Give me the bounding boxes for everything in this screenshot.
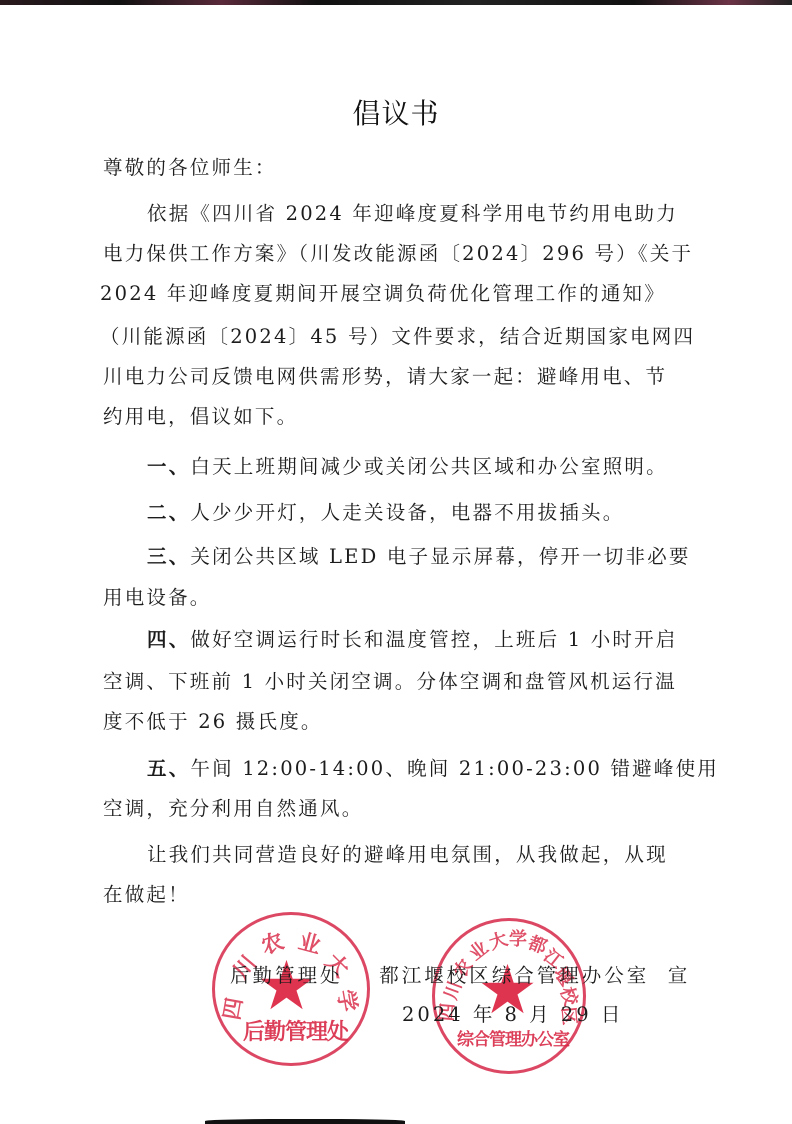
- intro-line-2: 电力保供工作方案》（川发改能源函〔2024〕296 号）《关于: [103, 238, 693, 266]
- item-3: 三、关闭公共区域 LED 电子显示屏幕，停开一切非必要: [147, 541, 691, 569]
- stamp-1-bottom-text: 后勤管理处: [243, 1015, 348, 1046]
- stamp-2-bottom-text: 综合管理办公室: [457, 1025, 569, 1050]
- item-4-text-1: 做好空调运行时长和温度管控，上班后 1 小时开启: [190, 628, 677, 651]
- signature-date: 2024 年 8 月 29 日: [402, 999, 623, 1027]
- item-4-text-3: 度不低于 26 摄氏度。: [103, 706, 323, 734]
- item-1-number: 一、: [147, 455, 190, 478]
- item-5-number: 五、: [147, 757, 190, 780]
- item-5-text-2: 空调，充分利用自然通风。: [103, 793, 363, 821]
- item-4-text-2: 空调、下班前 1 小时关闭空调。分体空调和盘管风机运行温: [103, 666, 677, 694]
- intro-line-6: 约用电，倡议如下。: [103, 401, 298, 429]
- document-title: 倡议书: [0, 92, 792, 132]
- intro-line-3: 2024 年迎峰度夏期间开展空调负荷优化管理工作的通知》: [100, 278, 666, 306]
- item-2-number: 二、: [147, 501, 190, 524]
- intro-line-4: （川能源函〔2024〕45 号）文件要求，结合近期国家电网四: [100, 321, 695, 349]
- signature-issuers: 后勤管理处 都江堰校区综合管理办公室 宣: [230, 960, 690, 988]
- item-5-text-1: 午间 12:00-14:00、晚间 21:00-23:00 错避峰使用: [190, 757, 719, 780]
- stamp-logistics-office: 四 川 农 业 大 学 ★ 后勤管理处: [212, 912, 370, 1066]
- item-1: 一、白天上班期间减少或关闭公共区域和办公室照明。: [147, 451, 668, 479]
- stamp-1-arc-char: 学: [331, 987, 365, 1014]
- item-3-number: 三、: [147, 545, 190, 568]
- salutation: 尊敬的各位师生：: [103, 152, 277, 180]
- intro-line-5: 川电力公司反馈电网供需形势，请大家一起：避峰用电、节: [103, 361, 667, 389]
- item-1-text: 白天上班期间减少或关闭公共区域和办公室照明。: [190, 455, 667, 478]
- stamp-2-arc-char: 学: [509, 925, 527, 951]
- closing-line-1: 让我们共同营造良好的避峰用电氛围，从我做起，从现: [147, 839, 668, 867]
- scan-edge-bottom: [205, 1119, 405, 1124]
- intro-line-1: 依据《四川省 2024 年迎峰度夏科学用电节约用电助力: [147, 198, 678, 226]
- item-5: 五、午间 12:00-14:00、晚间 21:00-23:00 错避峰使用: [147, 753, 719, 781]
- item-4: 四、做好空调运行时长和温度管控，上班后 1 小时开启: [147, 624, 678, 652]
- scan-edge-top: [0, 0, 792, 5]
- item-4-number: 四、: [147, 628, 190, 651]
- closing-line-2: 在做起！: [103, 879, 190, 907]
- stamp-dujiangyan-admin-office: 四 川 农 业 大 学 都 江 堰 校 区 ★ 综合管理办公室: [432, 918, 586, 1074]
- item-2-text: 人少少开灯，人走关设备，电器不用拔插头。: [190, 501, 624, 524]
- item-3-text-1: 关闭公共区域 LED 电子显示屏幕，停开一切非必要: [190, 545, 690, 568]
- item-3-text-2: 用电设备。: [103, 582, 212, 610]
- item-2: 二、人少少开灯，人走关设备，电器不用拔插头。: [147, 497, 624, 525]
